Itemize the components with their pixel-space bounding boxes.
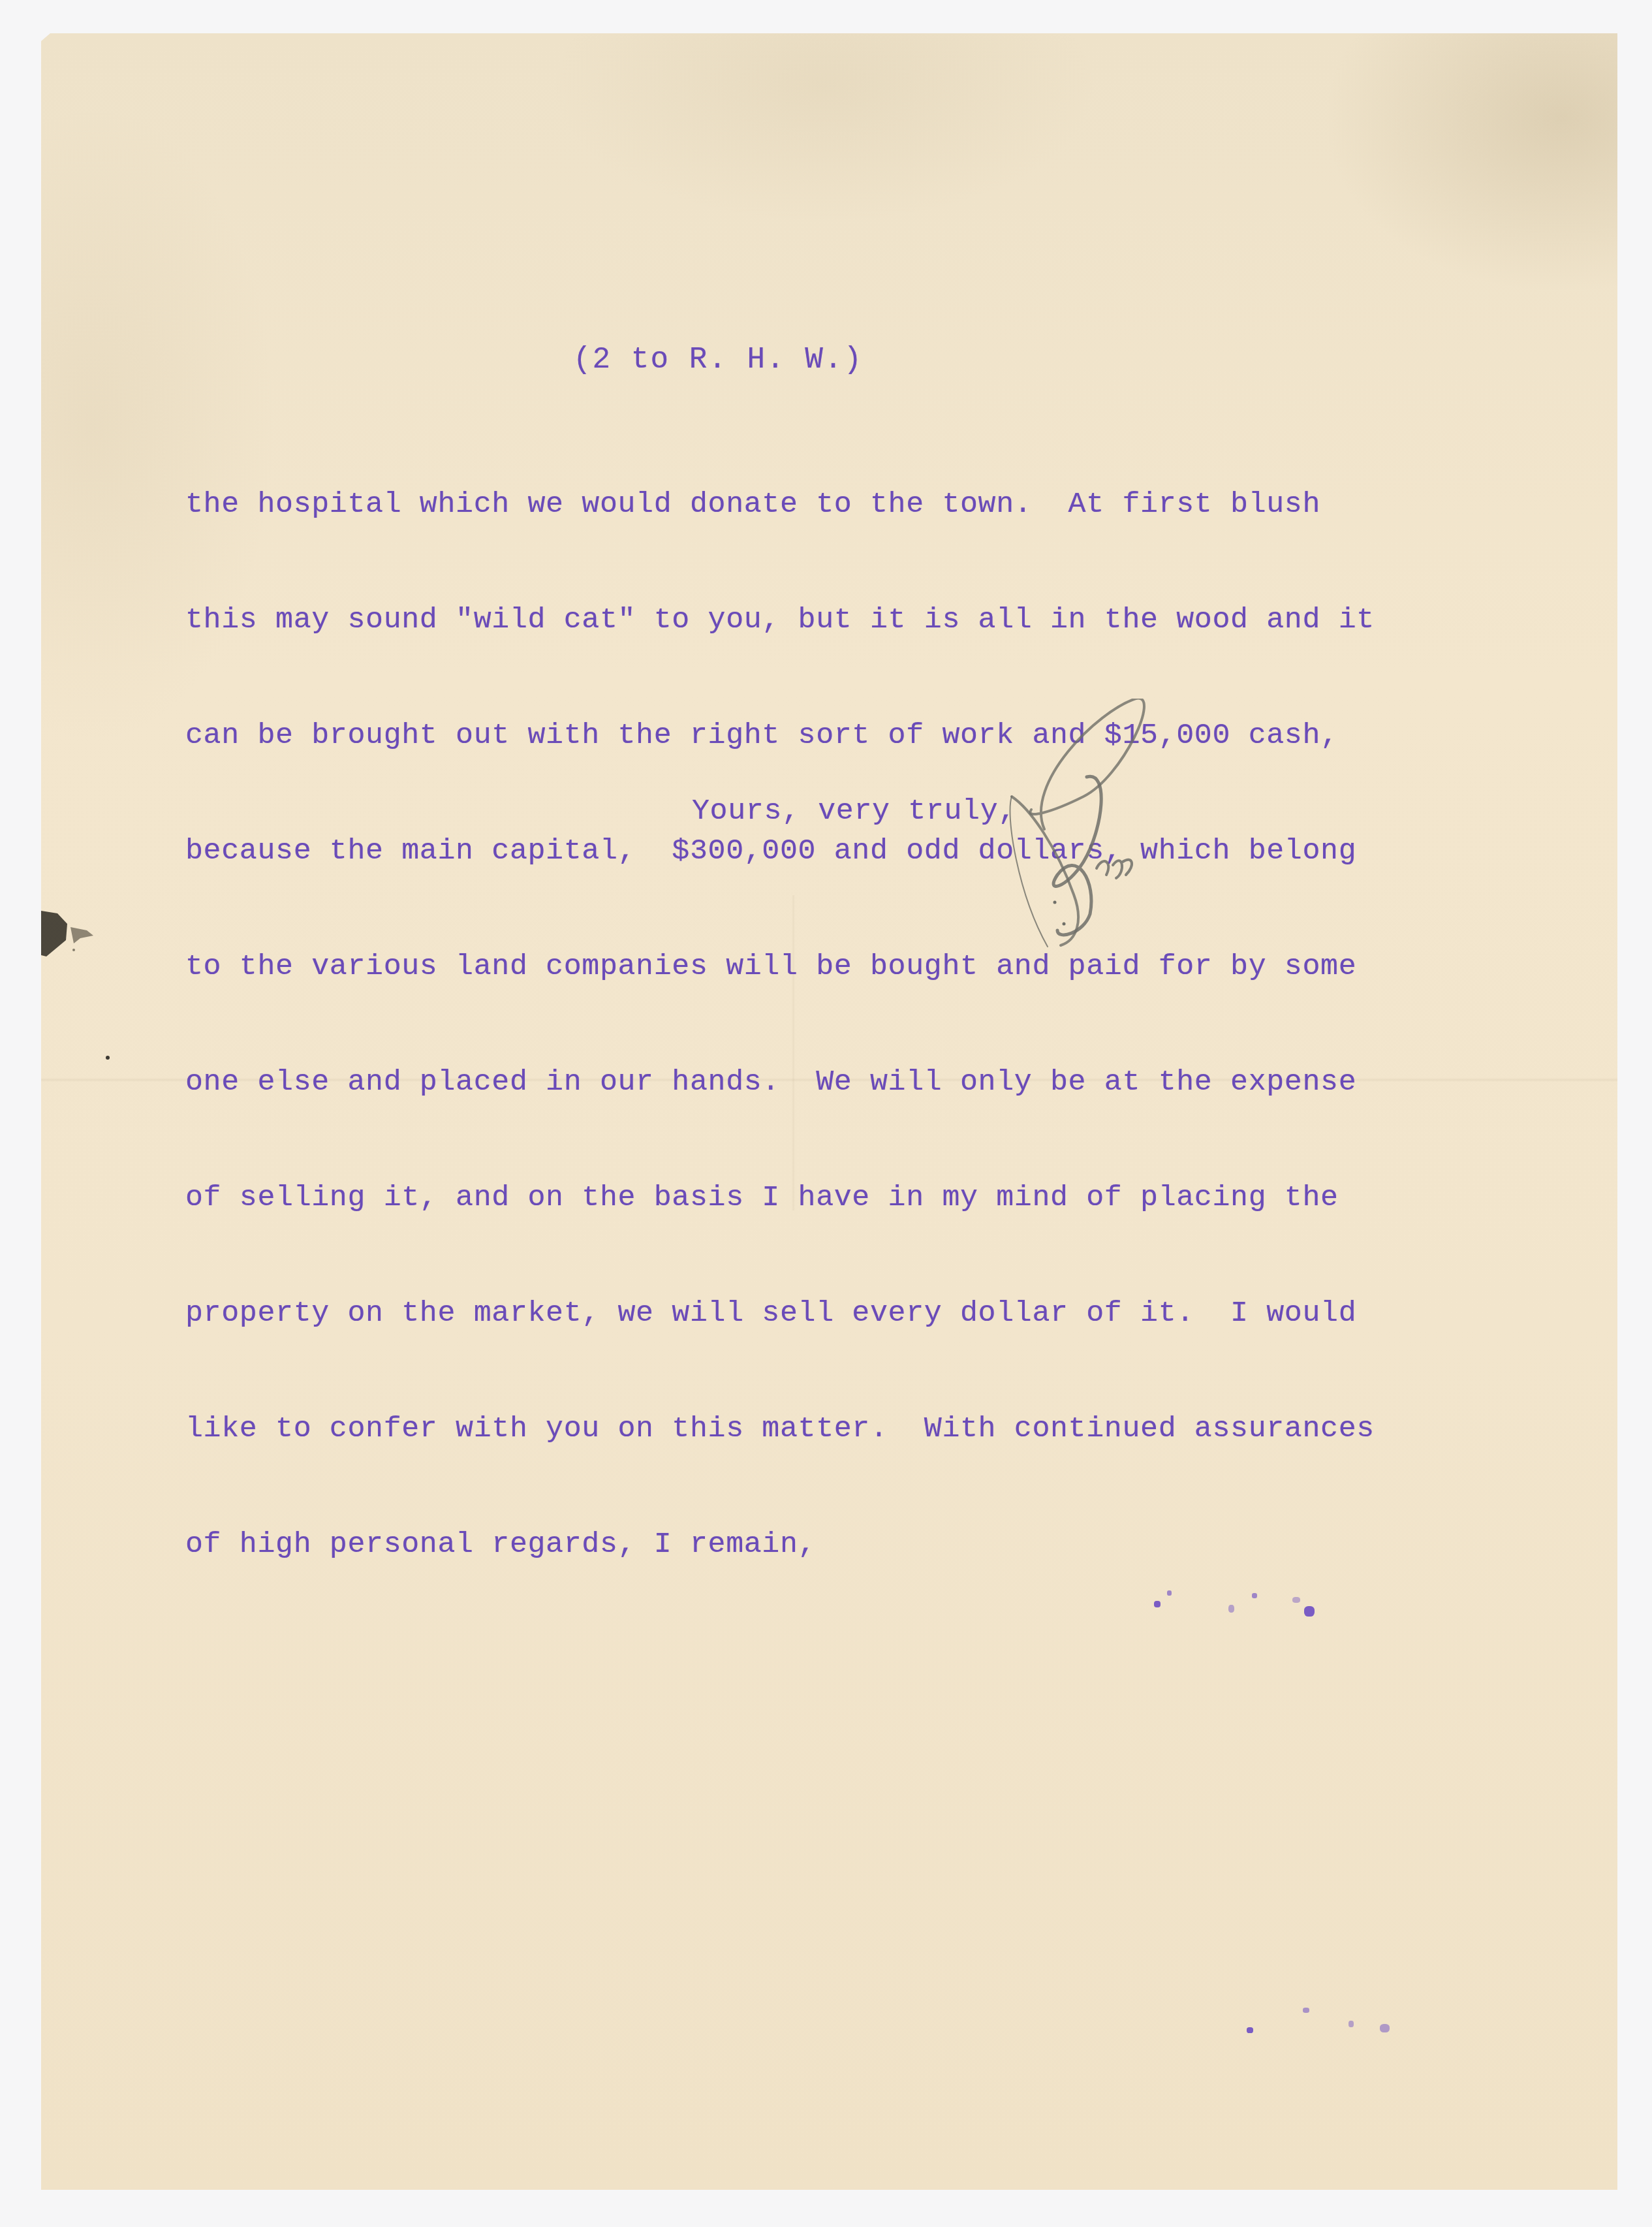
- signature: [927, 699, 1201, 979]
- ink-speck: [1380, 2024, 1390, 2032]
- ink-speck: [1252, 1593, 1257, 1598]
- ink-speck: [1292, 1597, 1300, 1603]
- body-line: of high personal regards, I remain,: [185, 1525, 1375, 1564]
- ink-speck: [1304, 1606, 1315, 1617]
- ink-speck: [1303, 2008, 1309, 2013]
- body-line: like to confer with you on this matter. …: [185, 1410, 1375, 1448]
- ink-speck: [1348, 2021, 1354, 2027]
- body-line: of selling it, and on the basis I have i…: [185, 1178, 1375, 1217]
- body-line: this may sound "wild cat" to you, but it…: [185, 601, 1375, 639]
- ink-speck: [1247, 2027, 1253, 2033]
- body-line: property on the market, we will sell eve…: [185, 1294, 1375, 1333]
- letter-body: the hospital which we would donate to th…: [185, 408, 1375, 1602]
- ink-speck: [1167, 1590, 1172, 1596]
- ink-speck: [1228, 1605, 1234, 1613]
- edge-stain: [41, 911, 106, 983]
- page-header: (2 to R. H. W.): [573, 341, 863, 379]
- body-line: one else and placed in our hands. We wil…: [185, 1063, 1375, 1101]
- ink-speck: [1154, 1601, 1161, 1607]
- body-line: the hospital which we would donate to th…: [185, 485, 1375, 524]
- paper-speck: [106, 1056, 110, 1060]
